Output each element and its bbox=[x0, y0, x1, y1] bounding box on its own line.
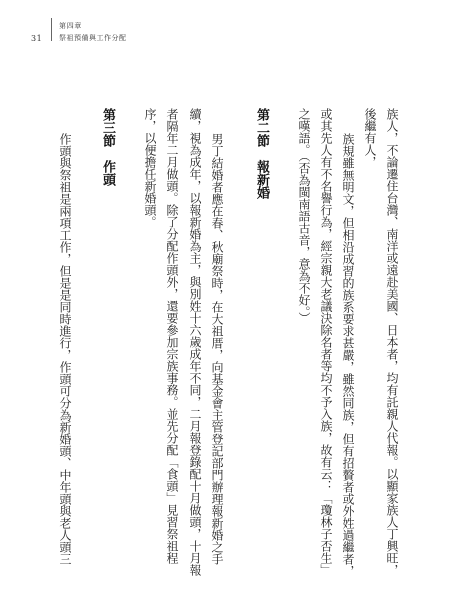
section-3-heading-title: 作頭 bbox=[100, 160, 115, 186]
header-divider bbox=[51, 18, 52, 41]
section-2-heading-number: 第二節 bbox=[254, 108, 269, 147]
text-column: 或其先人有不名譽行為，經宗親大老議決除名者等均不予入族，故有云：「瓊林子否生」 bbox=[319, 108, 333, 578]
text-column: 作頭與祭祖是兩項工作，但是是同時進行，作頭可分為新婚頭、中年頭與老人頭三 bbox=[58, 108, 72, 578]
section-2-heading-title: 報新婚 bbox=[254, 160, 269, 199]
text-column: 續，視為成年，以報新婚為主，與別姓十六歲成年不同，二月報登錄配十月做頭，十月報 bbox=[188, 108, 202, 578]
text-column: 男丁結婚者應在春、秋廟祭時，在大祖厝，向基金會主管登記部門辦理報新婚之手 bbox=[210, 108, 224, 578]
section-3-heading-number: 第三節 bbox=[100, 108, 115, 147]
text-column: 族規雖無明文，但相沿成習的族系要求甚嚴，雖然同族，但有招贅者或外姓過繼者， bbox=[341, 108, 355, 578]
chapter-label: 第四章 bbox=[59, 22, 82, 30]
text-column: 族人，不論遷住台灣、南洋或遠赴美國、日本者，均有託親人代報。以顯家族人丁興旺， bbox=[385, 108, 399, 578]
chapter-title: 祭祖預備與工作分配 bbox=[59, 34, 127, 42]
text-column: 後繼有人， bbox=[363, 108, 377, 578]
text-column: 者隔年二月做頭。除了分配作頭外，還要參加宗族事務。並先分配「食頭」見習祭祖程 bbox=[165, 108, 179, 578]
text-column: 序，以便擔任新婚頭。 bbox=[143, 108, 157, 578]
text-column: 之嘆語。（否為閩南語古音，意為不好。） bbox=[297, 108, 311, 578]
page-number: 31 bbox=[31, 34, 42, 43]
